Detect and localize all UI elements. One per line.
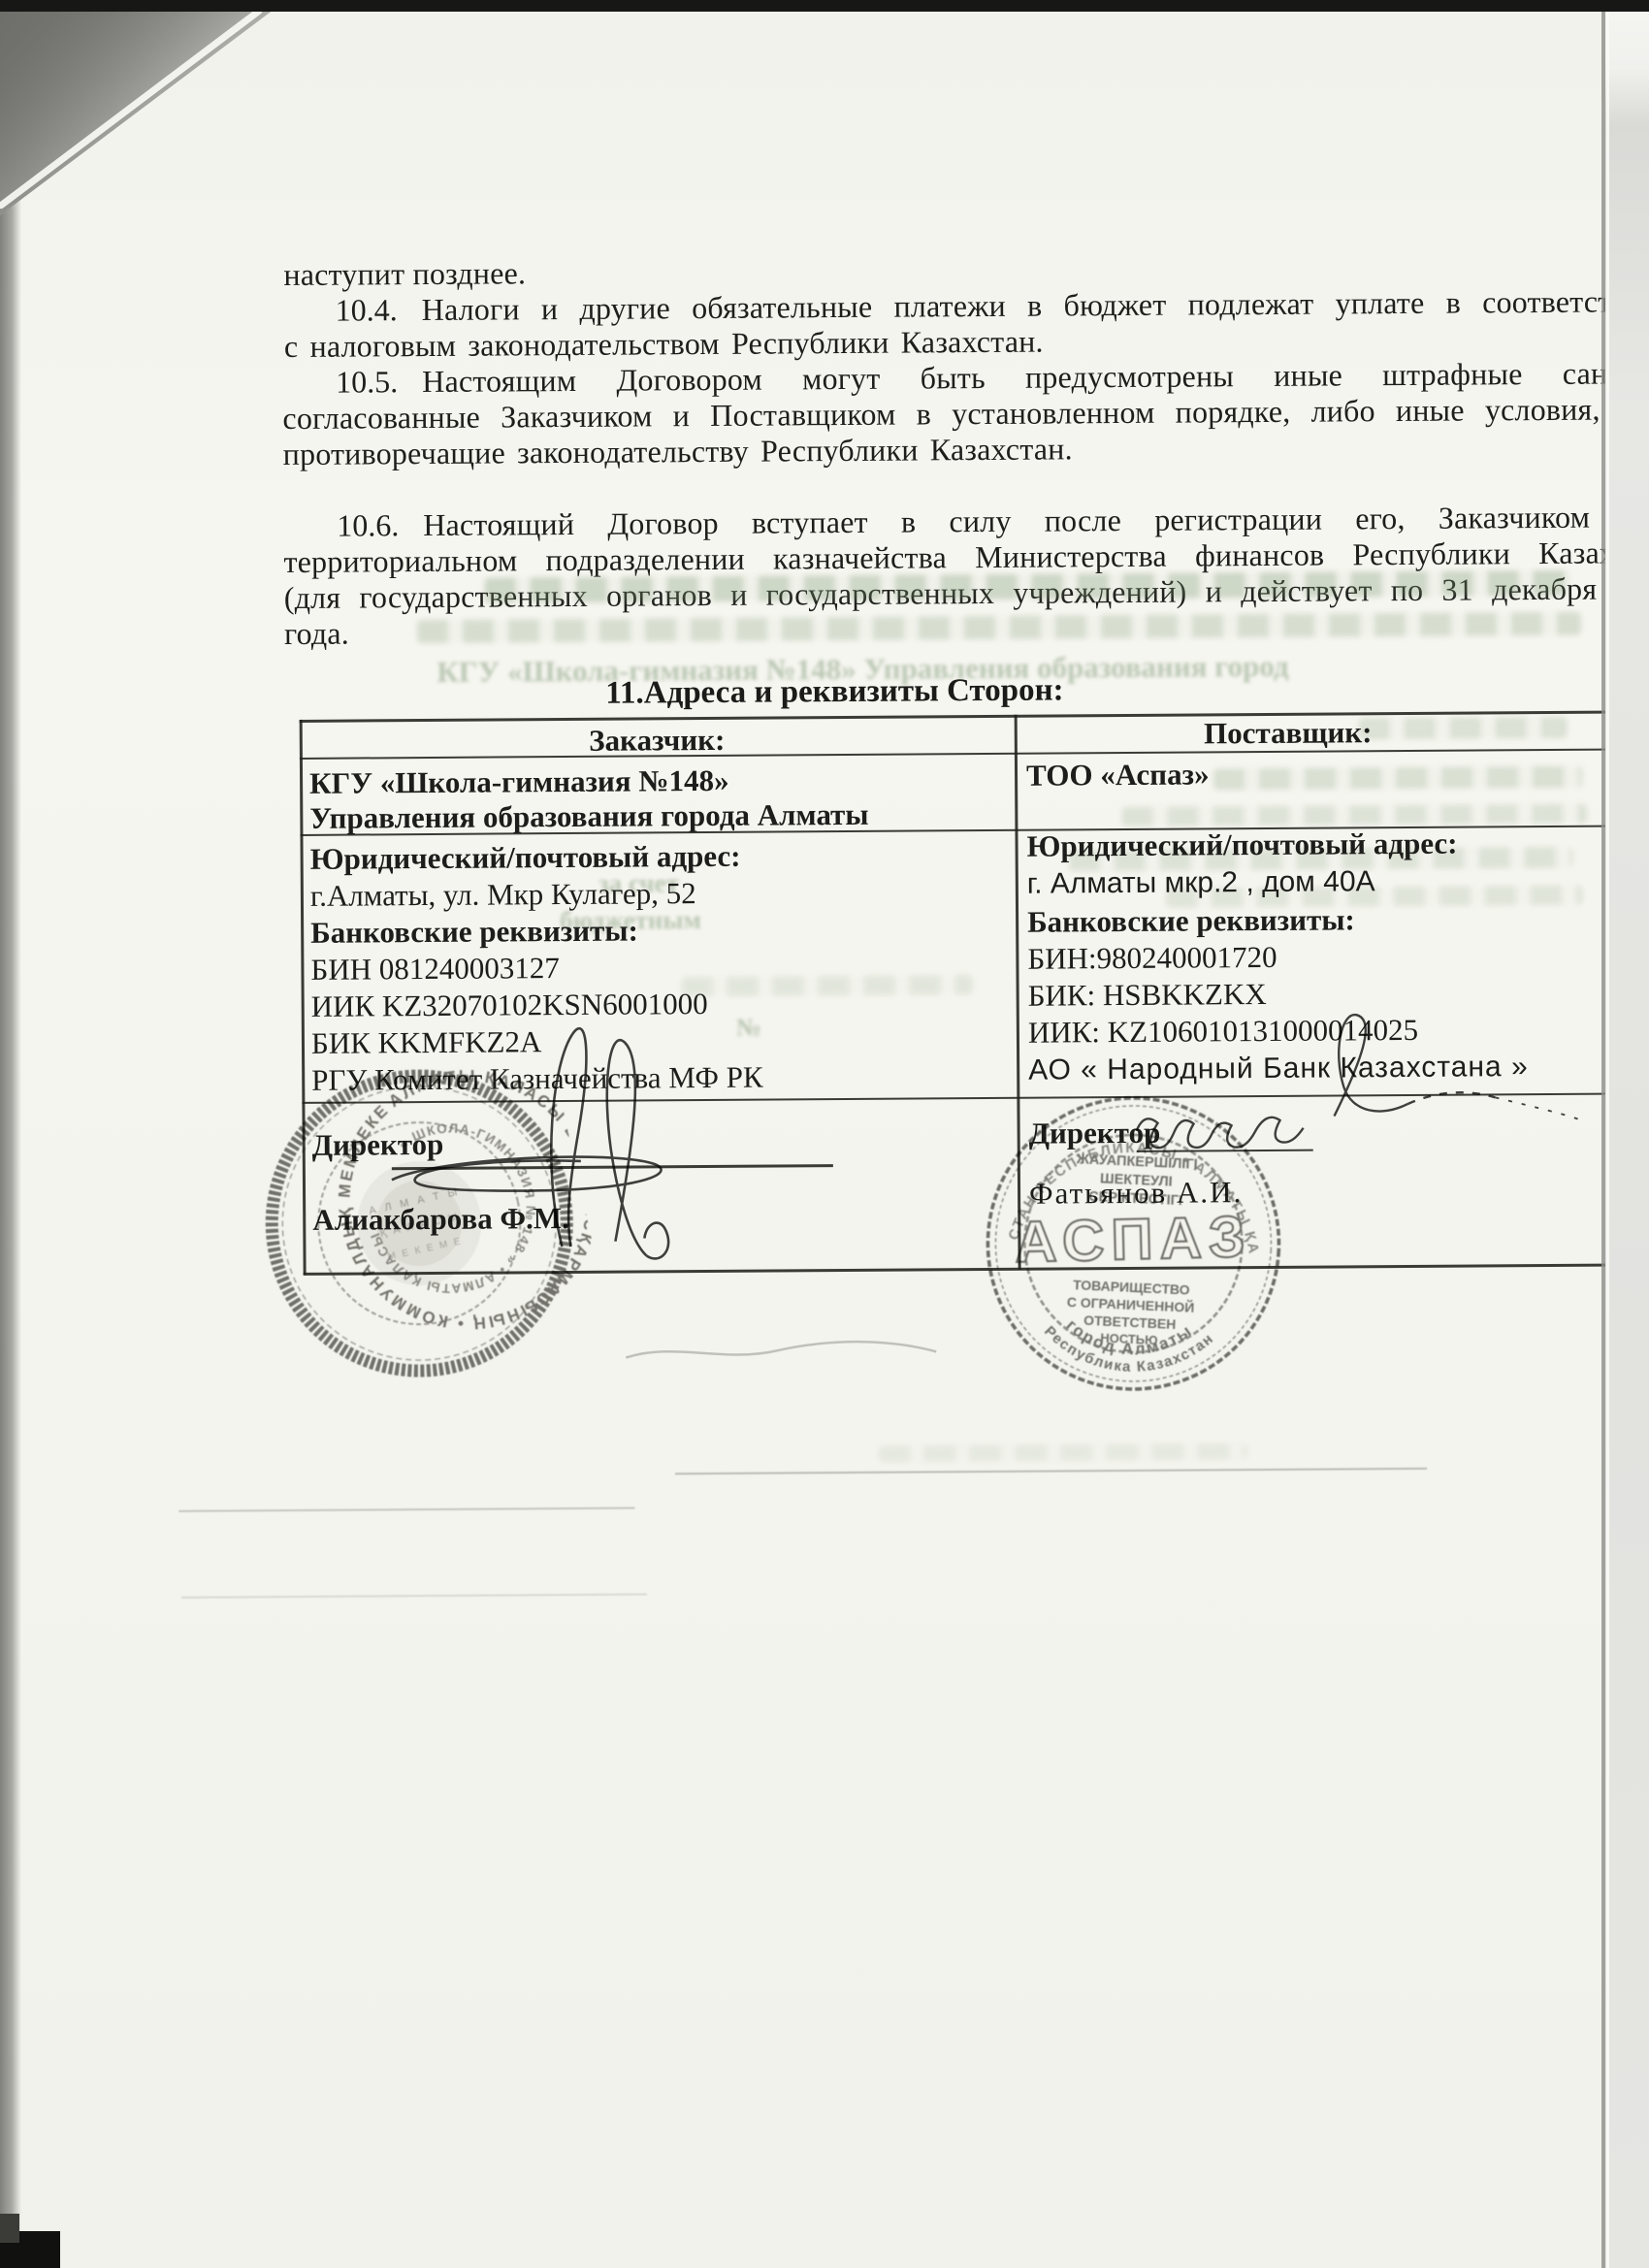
bleed-line bbox=[675, 1468, 1427, 1474]
body-line: наступит позднее. bbox=[283, 255, 526, 293]
body-line: Налоги и другие обязательные платежи в б… bbox=[422, 283, 1605, 328]
scan-top-edge bbox=[0, 0, 1649, 12]
clause-number: 10.5. bbox=[336, 364, 398, 400]
scanned-contract-page: наступит позднее. 10.4. Налоги и другие … bbox=[0, 0, 1649, 2268]
body-line: противоречащие законодательству Республи… bbox=[283, 431, 1073, 472]
bleed-smudge bbox=[1121, 804, 1587, 826]
page-right-edge-highlight bbox=[1606, 6, 1609, 2268]
supplier-address-label: Юридический/почтовый адрес: bbox=[1026, 826, 1457, 864]
page-content: наступит позднее. 10.4. Налоги и другие … bbox=[0, 0, 1605, 2268]
supplier-stamp-name: АСПАЗ bbox=[1014, 1204, 1252, 1275]
clause-number: 10.4. bbox=[336, 292, 398, 328]
bleed-line bbox=[178, 1507, 634, 1512]
customer-name-line2: Управления образования города Алматы bbox=[309, 797, 868, 836]
supplier-address: г. Алматы мкр.2 , дом 40А bbox=[1027, 865, 1375, 901]
bleed-text: № bbox=[736, 1014, 761, 1043]
supplier-name: ТОО «Аспаз» bbox=[1026, 757, 1210, 793]
bleed-smudge bbox=[682, 975, 973, 996]
bleed-smudge bbox=[1213, 766, 1582, 791]
scan-left-edge bbox=[0, 10, 21, 2268]
body-line: с налоговым законодательством Республики… bbox=[284, 324, 1044, 365]
supplier-header: Поставщик: bbox=[1026, 714, 1550, 753]
customer-address: г.Алматы, ул. Мкр Кулагер, 52 bbox=[310, 876, 696, 914]
supplier-stamp-line6: ОТВЕТСТВЕН bbox=[1083, 1312, 1177, 1332]
bleed-smudge bbox=[879, 1443, 1247, 1462]
supplier-bank-label: Банковские реквизиты: bbox=[1027, 902, 1355, 939]
bleed-smudge bbox=[417, 612, 1581, 643]
paper-sheet: наступит позднее. 10.4. Налоги и другие … bbox=[0, 0, 1605, 2268]
bleed-scribble bbox=[616, 1324, 946, 1375]
school-stamp: АЛМАТЫ ҚАЛАСЫ БІЛІМ БАСҚАРМАСЫНЫҢ • КОММ… bbox=[223, 1027, 616, 1420]
supplier-stamp-line2: ШЕКТЕУЛІ bbox=[1100, 1171, 1173, 1189]
customer-header: Заказчик: bbox=[300, 721, 1015, 761]
scan-right-margin bbox=[1605, 0, 1649, 2268]
page-right-edge bbox=[1601, 6, 1605, 2268]
customer-name-line1: КГУ «Школа-гимназия №148» bbox=[309, 763, 729, 801]
bleed-line bbox=[181, 1593, 647, 1598]
supplier-bin: БИН:980240001720 bbox=[1027, 940, 1277, 977]
scan-bottom-left-mark-small bbox=[0, 2214, 19, 2243]
clause-number: 10.6. bbox=[337, 507, 399, 543]
body-line: года. bbox=[284, 616, 349, 652]
supplier-stamp: ҚАЗАҚСТАН РЕСПУБЛИКАСЫ • АЛМАТЫ ҚАЛАСЫ Ж… bbox=[969, 1080, 1297, 1408]
customer-bin: БИН 081240003127 bbox=[310, 951, 560, 988]
section-title: 11.Адреса и реквизиты Сторон: bbox=[446, 671, 1222, 713]
customer-bank-label: Банковские реквизиты: bbox=[310, 914, 638, 951]
customer-address-label: Юридический/почтовый адрес: bbox=[310, 839, 741, 877]
